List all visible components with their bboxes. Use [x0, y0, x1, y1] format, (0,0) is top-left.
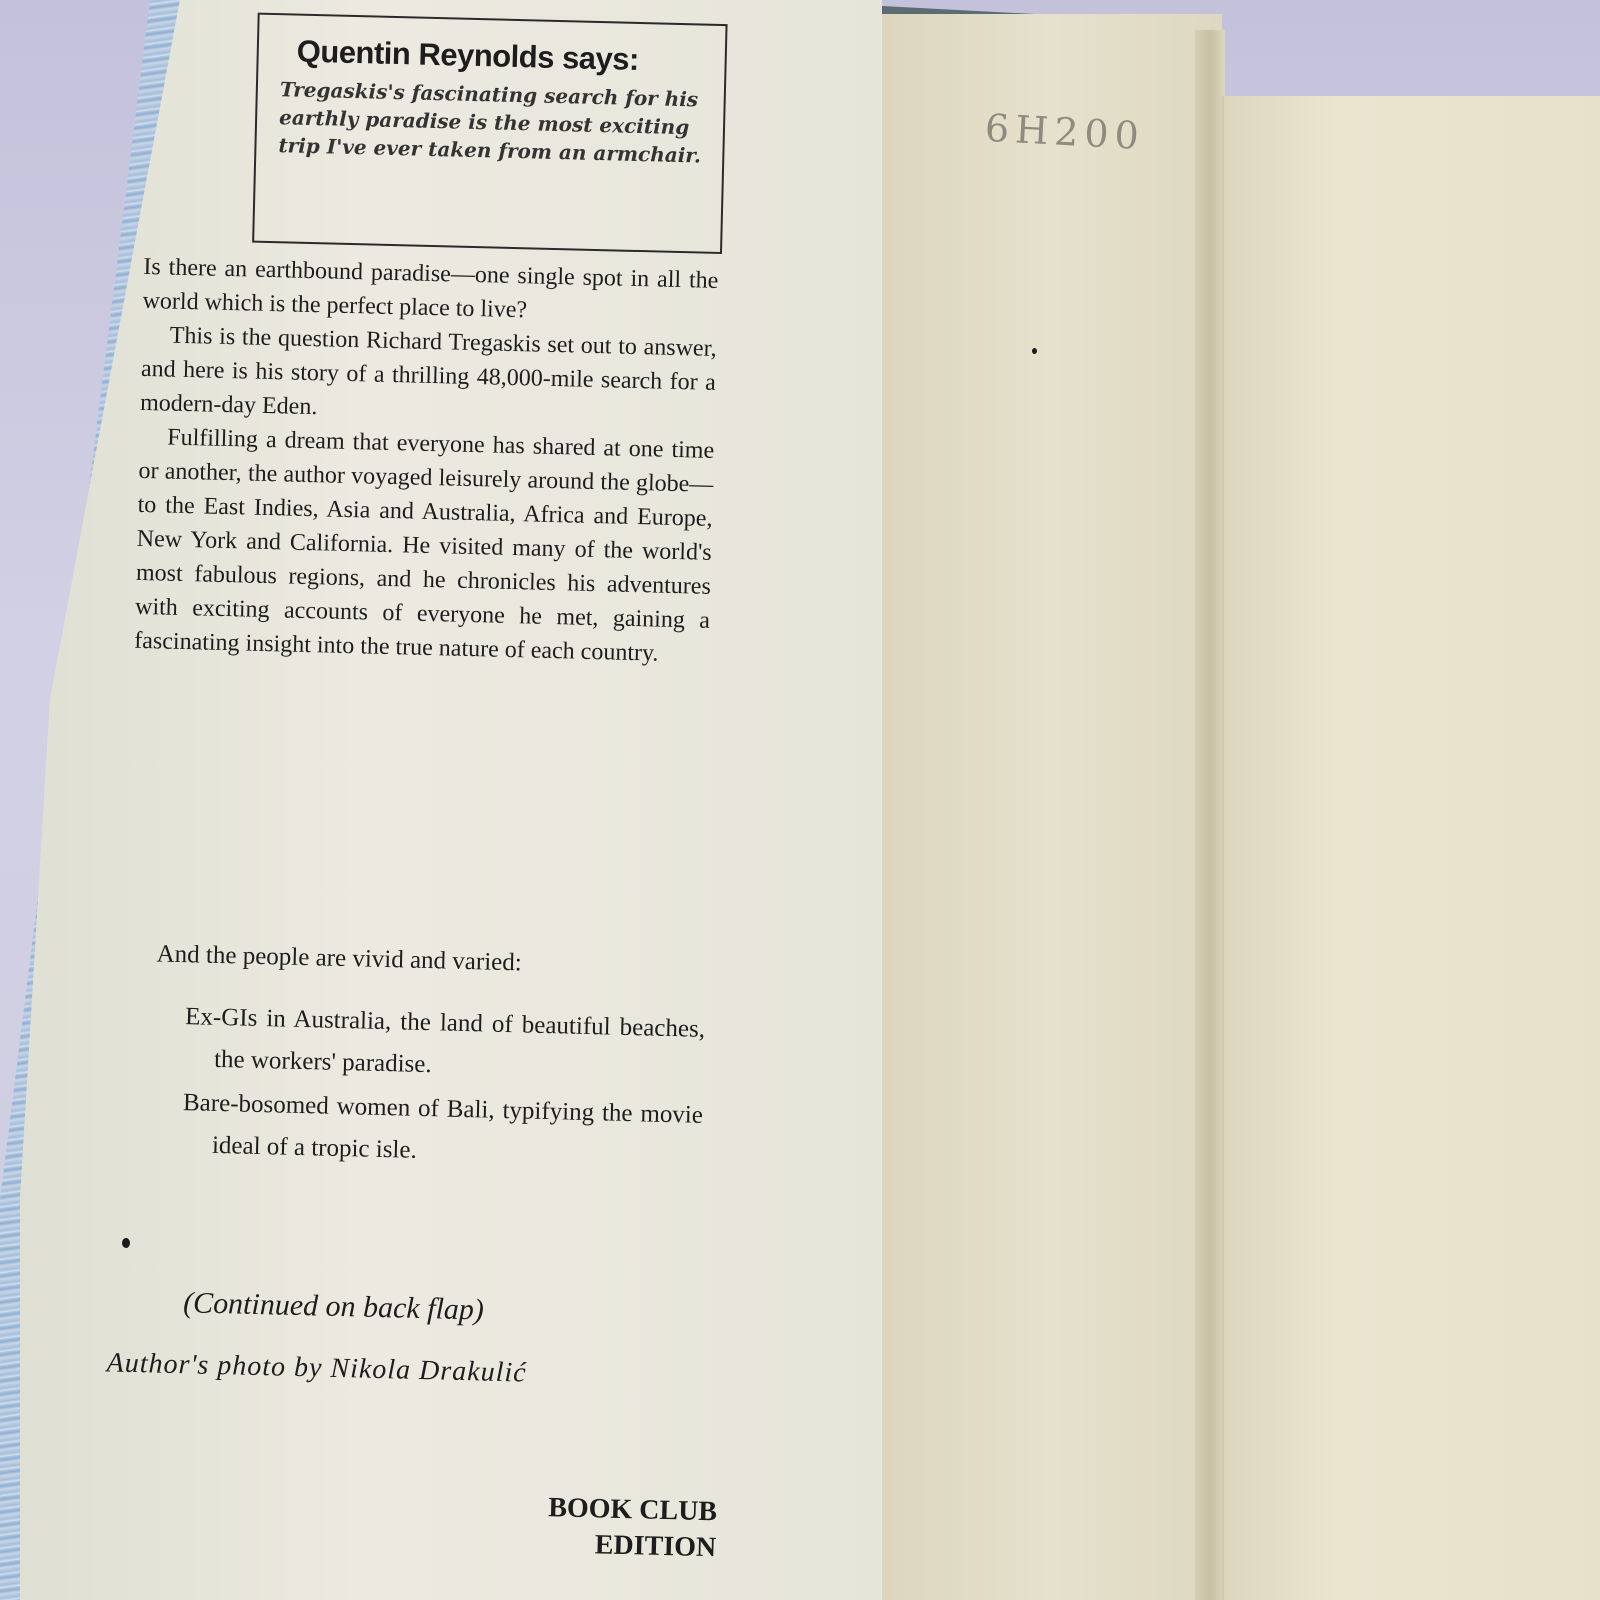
quote-body: Tregaskis's fascinating search for his e… [278, 75, 708, 169]
people-item: Bare-bosomed women of Bali, typifying th… [182, 1082, 704, 1179]
edition-line-2: EDITION [547, 1526, 717, 1566]
quote-box: Quentin Reynolds says: Tregaskis's fasci… [252, 13, 727, 254]
book-club-edition-label: BOOK CLUB EDITION [547, 1490, 718, 1566]
paragraph: This is the question Richard Tregaskis s… [140, 318, 717, 434]
endpaper-board [882, 14, 1222, 1600]
people-list: Ex-GIs in Australia, the land of beautif… [181, 996, 705, 1181]
people-item: Ex-GIs in Australia, the land of beautif… [184, 996, 706, 1093]
pencil-stamp: 6H200 [984, 106, 1146, 158]
paragraph: Fulfilling a dream that everyone has sha… [134, 420, 715, 672]
flap-body: Is there an earthbound paradise—one sing… [134, 250, 719, 672]
quote-title: Quentin Reynolds says: [296, 34, 709, 80]
edition-line-1: BOOK CLUB [548, 1490, 718, 1530]
endpaper-page [1222, 96, 1600, 1600]
ink-spot [1032, 348, 1037, 354]
ink-spot [122, 1238, 130, 1248]
book-gutter [1195, 30, 1225, 1600]
